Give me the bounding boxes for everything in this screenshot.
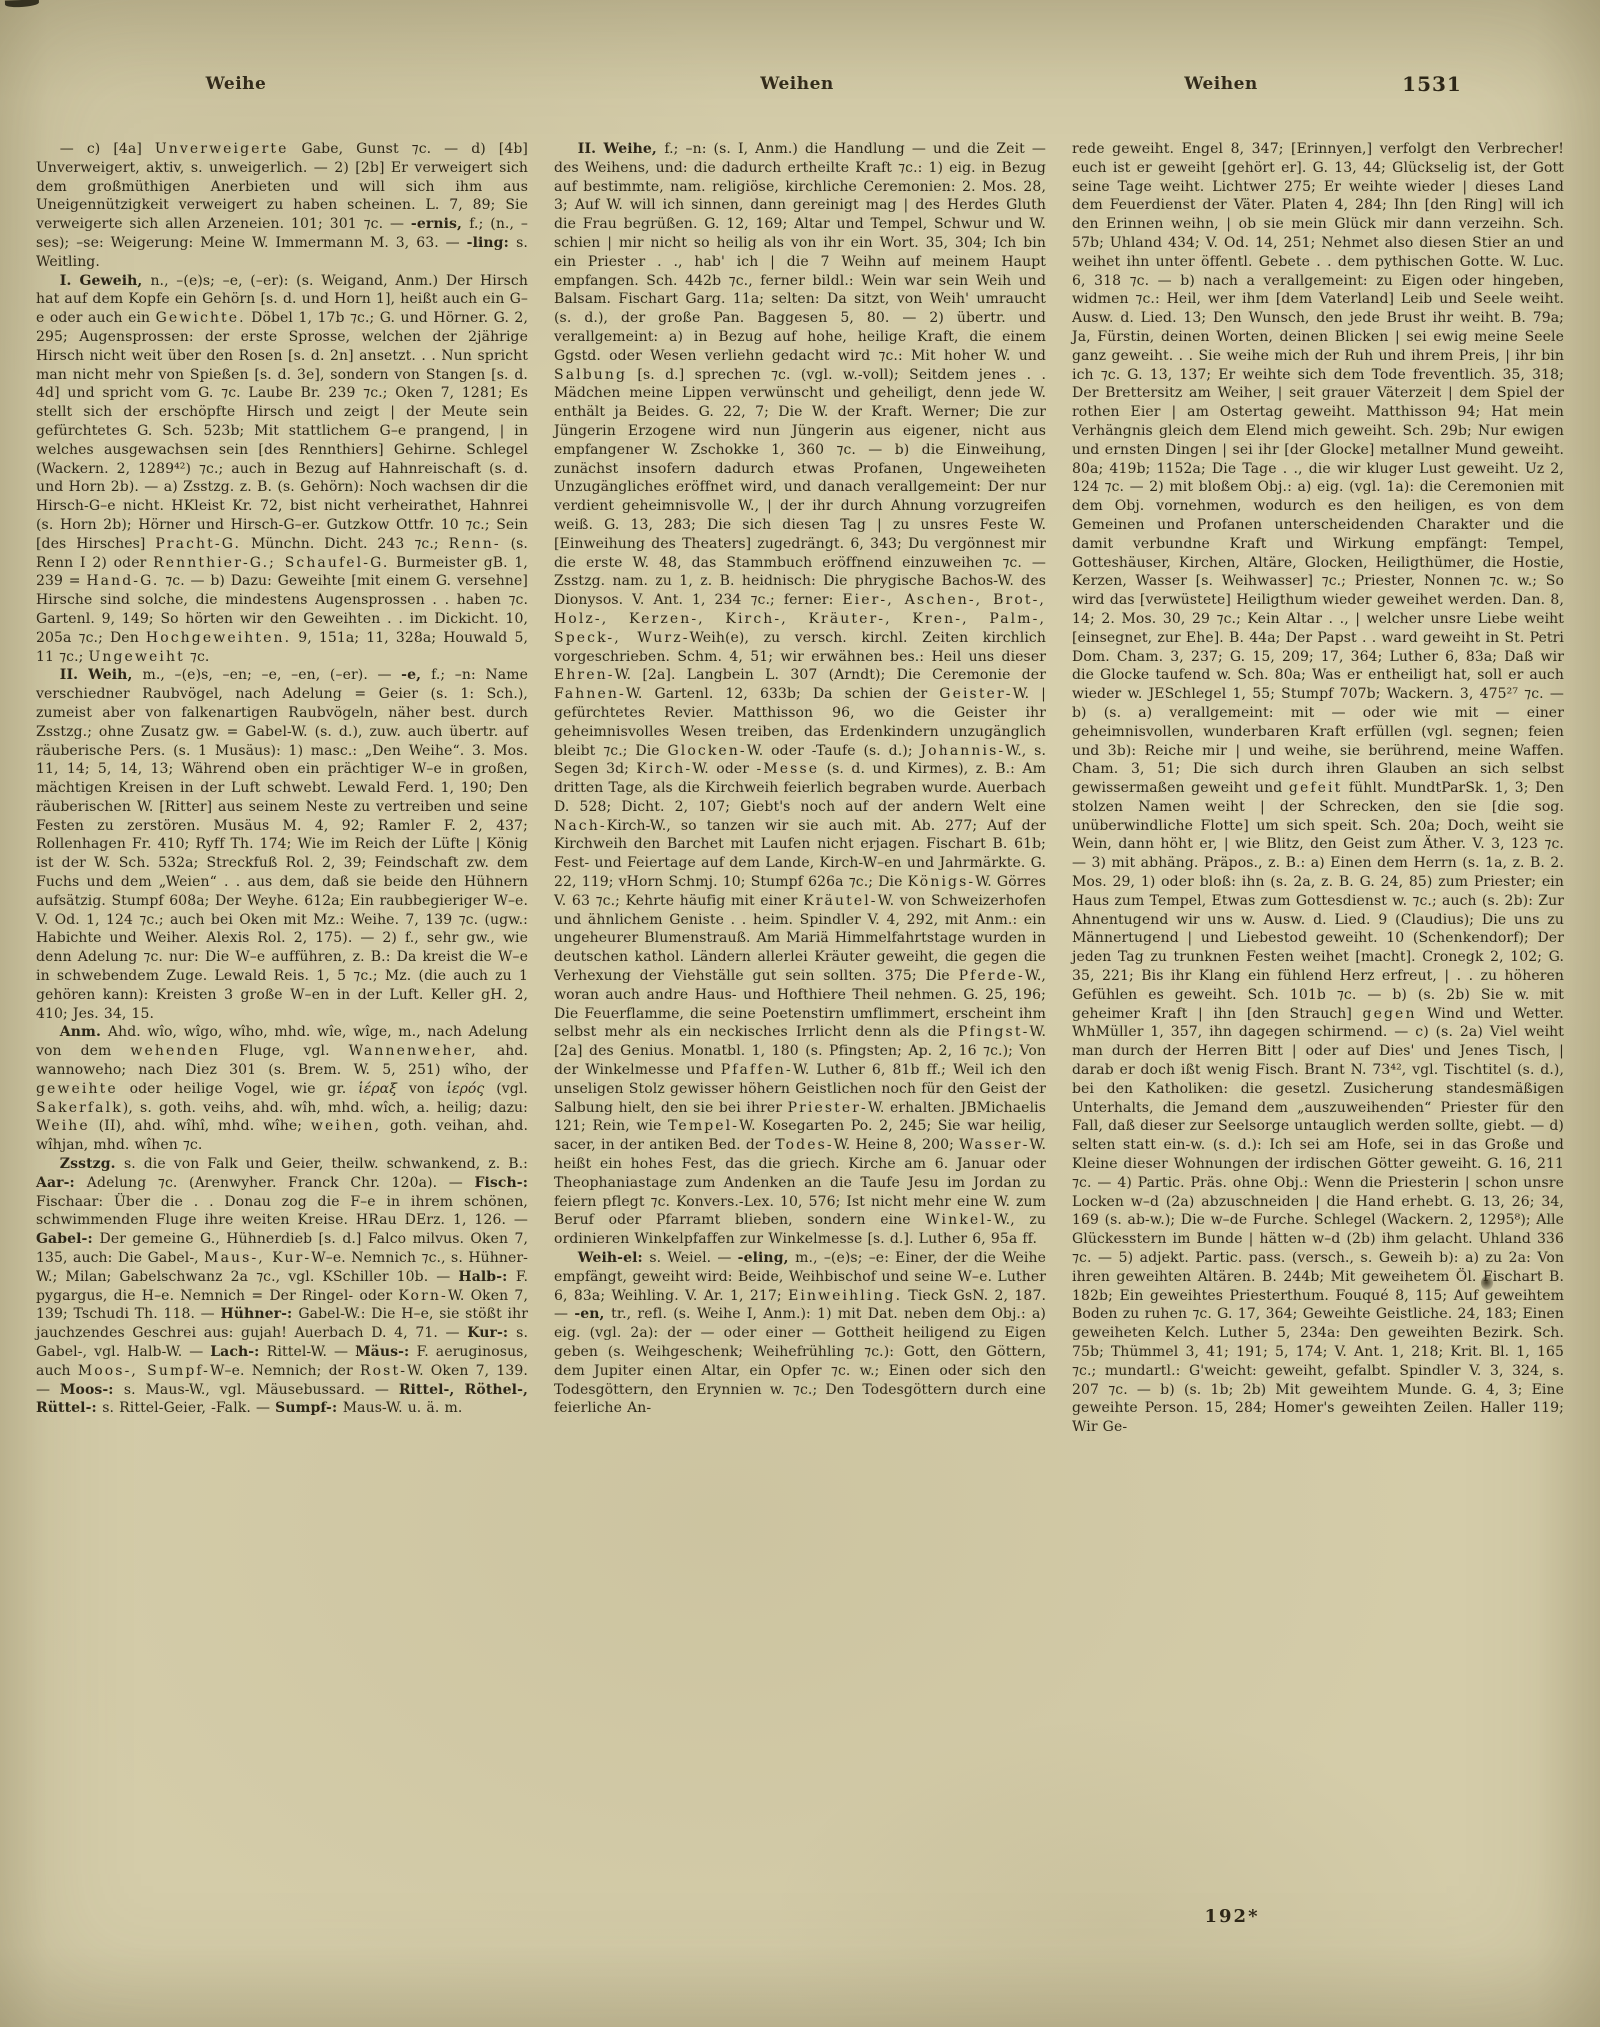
text-run: -ling: (467, 235, 516, 251)
text-run: I. Geweih, (60, 273, 151, 289)
text-run: Renn- (449, 536, 501, 552)
column-center: II. Weihe, f.; –n: (s. I, Anm.) die Hand… (554, 140, 1046, 1418)
text-run: rede geweiht. Engel 8, 347; [Erinnyen,] … (1072, 141, 1564, 796)
dictionary-paragraph: II. Weih, m., –(e)s, –en; –e, –en, (–er)… (36, 666, 528, 1023)
dictionary-paragraph: Zsstzg. s. die von Falk und Geier, theil… (36, 1155, 528, 1418)
text-run: m., –(e)s, –en; –e, –en, (–er). — (142, 667, 401, 683)
text-run: geweihte (36, 1081, 118, 1097)
text-run: Ungeweiht (88, 649, 184, 665)
text-run: Adelung ⁊c. (Arenwyher. Franck Chr. 120a… (87, 1175, 475, 1191)
text-run: W–e. Nemnich; der (210, 1363, 360, 1379)
page-number: 1531 (1402, 72, 1462, 96)
text-run: Kirch- (636, 761, 692, 777)
text-run: f.; –n: Name verschiedner Raubvögel, nac… (36, 667, 528, 1021)
text-run: f.; –n: (s. I, Anm.) die Handlung — und … (554, 141, 1046, 364)
text-run: Tempel- (668, 1118, 739, 1134)
text-run: Maus-W. u. ä. m. (343, 1400, 463, 1416)
text-run: -en, (574, 1306, 611, 1322)
text-run: II. Weihe, (578, 141, 665, 157)
text-run: Salbung (554, 367, 627, 383)
text-run: Fischaar: Über die . . Donau zog die F–e… (36, 1194, 528, 1229)
text-run: Hühner-: (220, 1306, 298, 1322)
text-run: W. Gartenl. 12, 633b; Da schien der (626, 686, 939, 702)
running-head-left: Weihe (206, 74, 267, 94)
text-run: Fluge, vgl. (220, 1043, 349, 1059)
text-run: -Messe (757, 761, 820, 777)
text-run: II. Weih, (60, 667, 143, 683)
printers-signature: 192* (1205, 1906, 1260, 1927)
text-run: Weih-el: (578, 1250, 650, 1266)
text-run: Todes- (775, 1137, 833, 1153)
text-run: Korn- (398, 1288, 447, 1304)
text-run: W. Heine 8, 200; (834, 1137, 959, 1153)
text-run: -e, (401, 667, 431, 683)
text-run: Ehren- (554, 667, 615, 683)
column-right: rede geweiht. Engel 8, 347; [Erinnyen,] … (1072, 140, 1564, 1437)
text-run: ), s. goth. veihs, ahd. wîh, mhd. wîch, … (123, 1100, 528, 1116)
dictionary-paragraph: Anm. Ahd. wîo, wîgo, wîho, mhd. wîe, wîg… (36, 1023, 528, 1155)
dictionary-paragraph: I. Geweih, n., –(e)s; –e, (–er): (s. Wei… (36, 272, 528, 667)
text-run: weihen, (311, 1118, 381, 1134)
text-run: Zsstzg. (60, 1156, 124, 1172)
text-run: Fisch-: (474, 1175, 528, 1191)
text-run: Rennthier-G.; Schaufel-G. (153, 555, 389, 571)
text-run: wehenden (130, 1043, 220, 1059)
text-run: Rost- (360, 1363, 407, 1379)
text-run: s. Weiel. — (649, 1250, 737, 1266)
text-run: Geister- (939, 686, 1012, 702)
text-run: von (397, 1081, 446, 1097)
text-run: Einweihling. (788, 1288, 902, 1304)
text-run: Moos-: (60, 1382, 124, 1398)
ink-blot (1481, 1276, 1493, 1290)
text-run: s. Rittel-Geier, -Falk. — (102, 1400, 275, 1416)
text-run: Maus-, Kur- (204, 1250, 311, 1266)
text-run: (vgl. (484, 1081, 528, 1097)
text-run: W. oder -Taufe (s. d.); (747, 743, 921, 759)
dictionary-paragraph: — c) [4a] Unverweigerte Gabe, Gunst ⁊c. … (36, 140, 528, 272)
text-run: Sakerfalk (36, 1100, 123, 1116)
text-run: Moos-, Sumpf- (78, 1363, 210, 1379)
text-run: Glocken- (667, 743, 746, 759)
running-head-center: Weihen (760, 74, 834, 94)
text-run: Gewichte. (156, 310, 246, 326)
text-run: Winkel- (925, 1212, 993, 1228)
text-run: Hand-G. (86, 573, 159, 589)
text-run: Kräutel- (803, 893, 877, 909)
text-run: Weihe (36, 1118, 90, 1134)
text-run: Wasser- (959, 1137, 1029, 1153)
text-run: -eling, (738, 1250, 796, 1266)
text-run: ⁊c. (185, 649, 210, 665)
dictionary-paragraph: Weih-el: s. Weiel. — -eling, m., –(e)s; … (554, 1249, 1046, 1418)
scan-edge-artifact (5, 0, 39, 8)
text-run: (II), ahd. wîhî, mhd. wîhe; (90, 1118, 311, 1134)
text-run: Sumpf-: (275, 1400, 343, 1416)
text-run: oder heilige Vogel, wie gr. (118, 1081, 358, 1097)
text-run: Kur-: (467, 1325, 516, 1341)
text-run: gefeit (1289, 780, 1342, 796)
text-run: Anm. (60, 1024, 108, 1040)
dictionary-paragraph: II. Weihe, f.; –n: (s. I, Anm.) die Hand… (554, 140, 1046, 1249)
text-run: Königs- (908, 874, 976, 890)
text-run: s. die von Falk und Geier, theilw. schwa… (124, 1156, 528, 1172)
text-run: ἱέραξ (358, 1081, 397, 1097)
text-run: Johannis- (920, 743, 1005, 759)
text-run: tr., refl. (s. Weihe I, Anm.): 1) mit Da… (554, 1306, 1046, 1416)
text-run: Mäus-: (355, 1344, 417, 1360)
text-run: fühlt. MundtParSk. 1, 3; Den stolzen Nam… (1072, 780, 1564, 1022)
dictionary-page: Weihe Weihen Weihen 1531 — c) [4a] Unver… (0, 0, 1600, 2027)
text-run: Hochgeweihten. (146, 630, 291, 646)
text-run: W. oder (692, 761, 756, 777)
text-run: — c) [4a] (60, 141, 155, 157)
text-run: Wind und Wetter. WhMüller 1, 357, ihn da… (1072, 1006, 1564, 1436)
text-run: Döbel 1, 17b ⁊c.; G. und Hörner. G. 2, 2… (36, 310, 528, 552)
text-run: Lach-: (210, 1344, 267, 1360)
text-run: Münchn. Dicht. 243 ⁊c.; (241, 536, 449, 552)
text-run: W. [2a]. Langbein L. 307 (Arndt); Die Ce… (615, 667, 1046, 683)
text-run: Unverweigerte (155, 141, 289, 157)
text-run: Rittel-W. — (267, 1344, 355, 1360)
text-run: ἱερός (446, 1081, 484, 1097)
text-run: Fahnen- (554, 686, 626, 702)
text-run: gegen (1363, 1006, 1417, 1022)
text-run: Priester- (788, 1100, 868, 1116)
column-left: — c) [4a] Unverweigerte Gabe, Gunst ⁊c. … (36, 140, 528, 1418)
text-run: Gabel-: (36, 1231, 100, 1247)
text-run: Wannenweher, (349, 1043, 478, 1059)
running-head-right: Weihen (1184, 74, 1258, 94)
text-run: Nach- (554, 818, 607, 834)
text-columns: — c) [4a] Unverweigerte Gabe, Gunst ⁊c. … (36, 140, 1564, 1437)
text-run: Pfaffen- (721, 1062, 793, 1078)
text-run: [s. d.] sprechen ⁊c. (vgl. w.-voll); Sei… (554, 367, 1046, 609)
text-run: Pfingst- (958, 1024, 1029, 1040)
text-run: -ernis, (411, 216, 469, 232)
text-run: Halb-: (458, 1269, 515, 1285)
text-run: s. Maus-W., vgl. Mäusebussard. — (124, 1382, 399, 1398)
text-run: Pferde- (959, 968, 1025, 984)
text-run: Pracht-G. (155, 536, 241, 552)
dictionary-paragraph: rede geweiht. Engel 8, 347; [Erinnyen,] … (1072, 140, 1564, 1437)
text-run: Aar-: (36, 1175, 87, 1191)
